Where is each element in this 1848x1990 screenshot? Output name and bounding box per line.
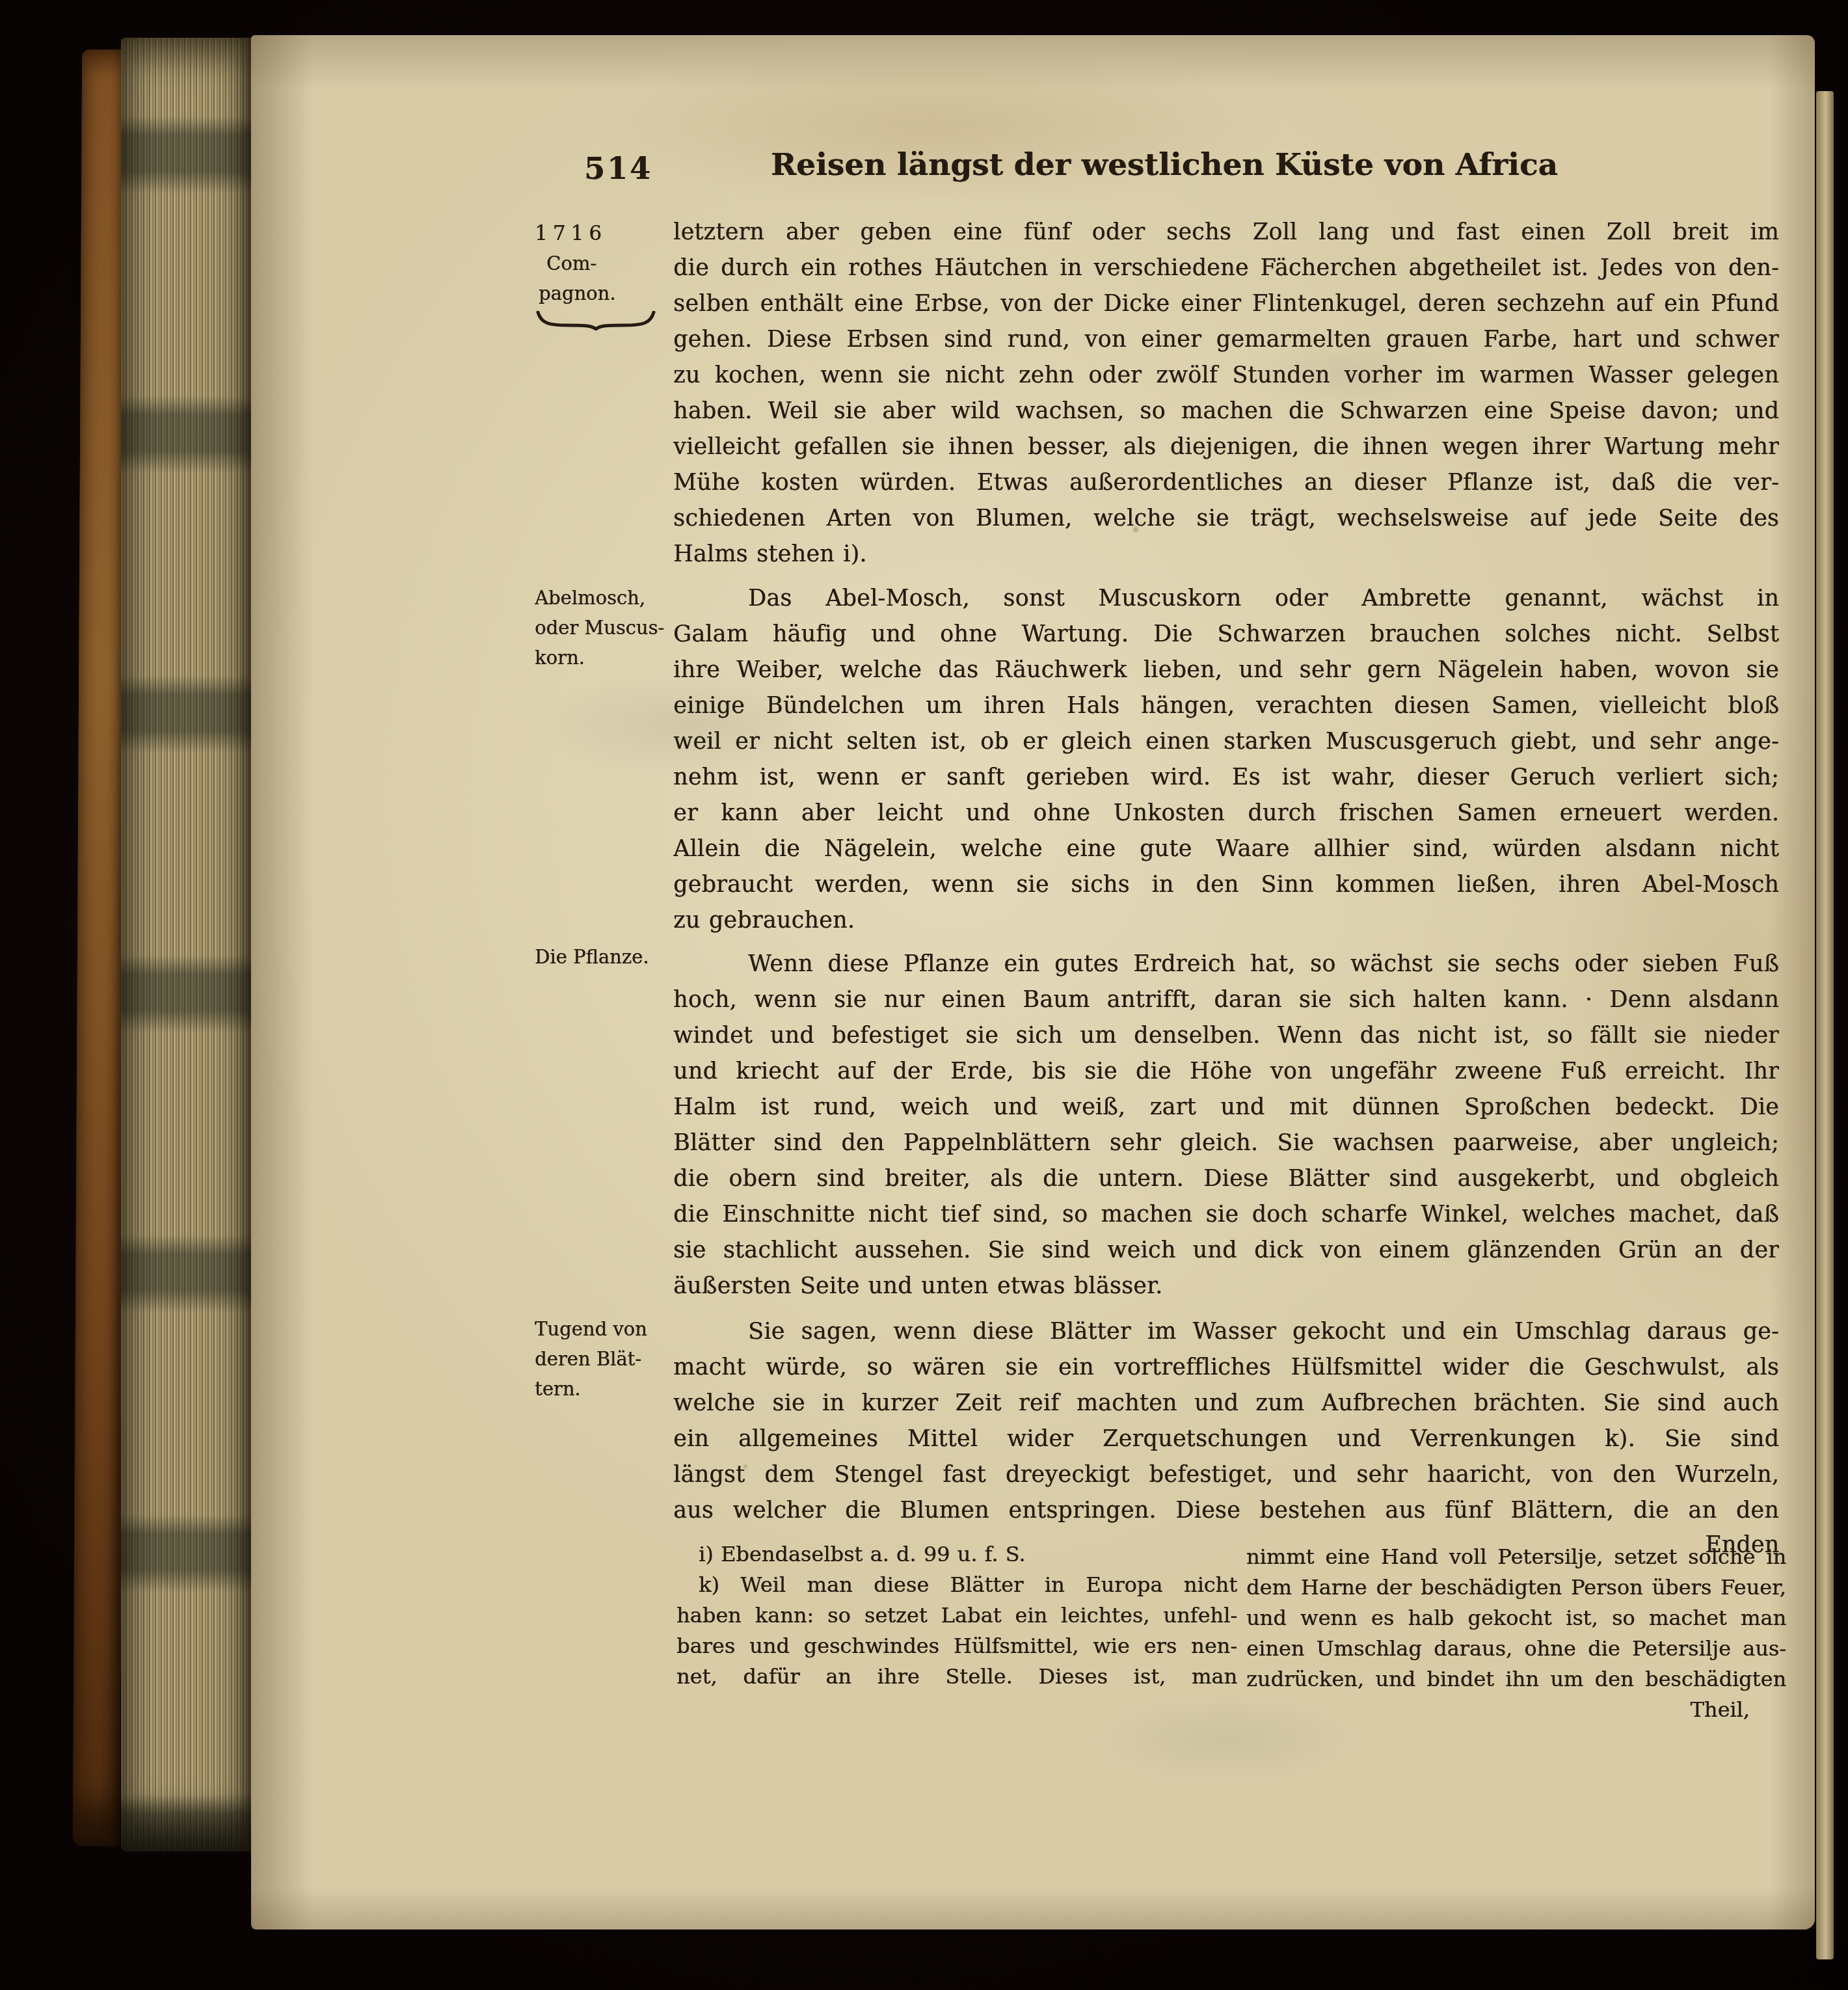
- body-line: die durch ein rothes Häutchen in verschi…: [673, 250, 1779, 286]
- margin-note-underbrace: [536, 311, 656, 330]
- body-line: haben. Weil sie aber wild wachsen, so ma…: [673, 394, 1779, 429]
- body-line: ein allgemeines Mittel wider Zerquetschu…: [673, 1421, 1779, 1457]
- footnote-line: und wenn es halb gekocht ist, so machet …: [1246, 1603, 1786, 1634]
- body-line: Mühe kosten würden. Etwas außerordentlic…: [673, 465, 1779, 501]
- paragraph-4: Sie sagen, wenn diese Blätter im Wasser …: [673, 1314, 1779, 1529]
- body-line: vielleicht gefallen sie ihnen besser, al…: [673, 429, 1779, 465]
- footnote-line: i) Ebendaselbst a. d. 99 u. f. S.: [676, 1539, 1237, 1570]
- body-line: Wenn diese Pflanze ein gutes Erdreich ha…: [673, 947, 1779, 982]
- body-line: ihre Weiber, welche das Räuchwerk lieben…: [673, 652, 1779, 688]
- body-line: gehen. Diese Erbsen sind rund, von einer…: [673, 322, 1779, 358]
- footnote-line: einen Umschlag daraus, ohne die Petersil…: [1246, 1634, 1786, 1664]
- margin-note-year: 1716: [535, 219, 665, 249]
- body-line: Sie sagen, wenn diese Blätter im Wasser …: [673, 1314, 1779, 1350]
- margin-note-compagnon: 1716 Com- pagnon.: [535, 219, 665, 308]
- footnote-column-left: i) Ebendaselbst a. d. 99 u. f. S. k) Wei…: [676, 1539, 1237, 1692]
- margin-note-line: deren Blät-: [535, 1344, 665, 1374]
- body-line: zu gebrauchen.: [673, 903, 1779, 939]
- body-line: aus welcher die Blumen entspringen. Dies…: [673, 1493, 1779, 1529]
- body-line: einige Bündelchen um ihren Hals hängen, …: [673, 688, 1779, 724]
- paragraph-3: Wenn diese Pflanze ein gutes Erdreich ha…: [673, 947, 1779, 1304]
- footnote-line: k) Weil man diese Blätter in Europa nich…: [676, 1570, 1237, 1600]
- margin-note-tugend: Tugend von deren Blät- tern.: [535, 1314, 665, 1404]
- body-line: äußersten Seite und unten etwas blässer.: [673, 1269, 1779, 1304]
- body-line: Halm ist rund, weich und weiß, zart und …: [673, 1090, 1779, 1125]
- footnote-catchword: Theil,: [1246, 1695, 1786, 1725]
- footnote-line: nimmt eine Hand voll Petersilje, setzet …: [1246, 1542, 1786, 1572]
- body-line: schiedenen Arten von Blumen, welche sie …: [673, 501, 1779, 537]
- body-line: letztern aber geben eine fünf oder sechs…: [673, 215, 1779, 250]
- body-line: Allein die Nägelein, welche eine gute Wa…: [673, 831, 1779, 867]
- margin-note-line: oder Muscus-: [535, 613, 665, 643]
- margin-note-line: tern.: [535, 1374, 665, 1404]
- body-line: die obern sind breiter, als die untern. …: [673, 1161, 1779, 1197]
- footnote-column-right: nimmt eine Hand voll Petersilje, setzet …: [1246, 1542, 1786, 1725]
- footnote-line: haben kann: so setzet Labat ein leichtes…: [676, 1600, 1237, 1631]
- paragraph-2: Das Abel-Mosch, sonst Muscuskorn oder Am…: [673, 581, 1779, 939]
- margin-note-line: Die Pflanze.: [535, 942, 665, 972]
- margin-note-abelmosch: Abelmosch, oder Muscus- korn.: [535, 583, 665, 673]
- body-line: sie stachlicht aussehen. Sie sind weich …: [673, 1233, 1779, 1269]
- body-line: längst dem Stengel fast dreyeckigt befes…: [673, 1457, 1779, 1493]
- body-line: zu kochen, wenn sie nicht zehn oder zwöl…: [673, 358, 1779, 394]
- body-line: windet und befestiget sie sich um densel…: [673, 1018, 1779, 1054]
- body-line: gebraucht werden, wenn sie sichs in den …: [673, 867, 1779, 903]
- body-line: hoch, wenn sie nur einen Baum antrifft, …: [673, 982, 1779, 1018]
- paragraph-1: letztern aber geben eine fünf oder sechs…: [673, 215, 1779, 572]
- body-line: Galam häufig und ohne Wartung. Die Schwa…: [673, 617, 1779, 652]
- footnote-line: zudrücken, und bindet ihn um den beschäd…: [1246, 1664, 1786, 1695]
- margin-note-line: Com-: [535, 249, 665, 278]
- margin-note-line: korn.: [535, 643, 665, 673]
- footnote-line: dem Harne der beschädigten Person übers …: [1246, 1572, 1786, 1603]
- body-line: nehm ist, wenn er sanft gerieben wird. E…: [673, 760, 1779, 796]
- body-line: selben enthält eine Erbse, von der Dicke…: [673, 286, 1779, 322]
- body-line: welche sie in kurzer Zeit reif machten u…: [673, 1386, 1779, 1421]
- footnote-line: net, dafür an ihre Stelle. Dieses ist, m…: [676, 1661, 1237, 1692]
- body-line: Blätter sind den Pappelnblättern sehr gl…: [673, 1125, 1779, 1161]
- body-line: die Einschnitte nicht tief sind, so mach…: [673, 1197, 1779, 1233]
- margin-note-line: Tugend von: [535, 1314, 665, 1344]
- adjacent-page-edge: [1816, 91, 1834, 1959]
- body-line: und kriecht auf der Erde, bis sie die Hö…: [673, 1054, 1779, 1090]
- body-line: er kann aber leicht und ohne Unkosten du…: [673, 796, 1779, 831]
- footnote-line: bares und geschwindes Hülfsmittel, wie e…: [676, 1631, 1237, 1661]
- body-line: Halms stehen i).: [673, 537, 1779, 572]
- body-line: Das Abel-Mosch, sonst Muscuskorn oder Am…: [673, 581, 1779, 617]
- body-line: macht würde, so wären sie ein vortreffli…: [673, 1350, 1779, 1386]
- body-line: weil er nicht selten ist, ob er gleich e…: [673, 724, 1779, 760]
- book-page-edges: [121, 38, 252, 1851]
- margin-note-line: pagnon.: [535, 278, 665, 308]
- running-header: Reisen längst der westlichen Küste von A…: [618, 147, 1711, 183]
- margin-note-pflanze: Die Pflanze.: [535, 942, 665, 972]
- margin-note-line: Abelmosch,: [535, 583, 665, 613]
- book-scan: 514 Reisen längst der westlichen Küste v…: [0, 0, 1848, 1990]
